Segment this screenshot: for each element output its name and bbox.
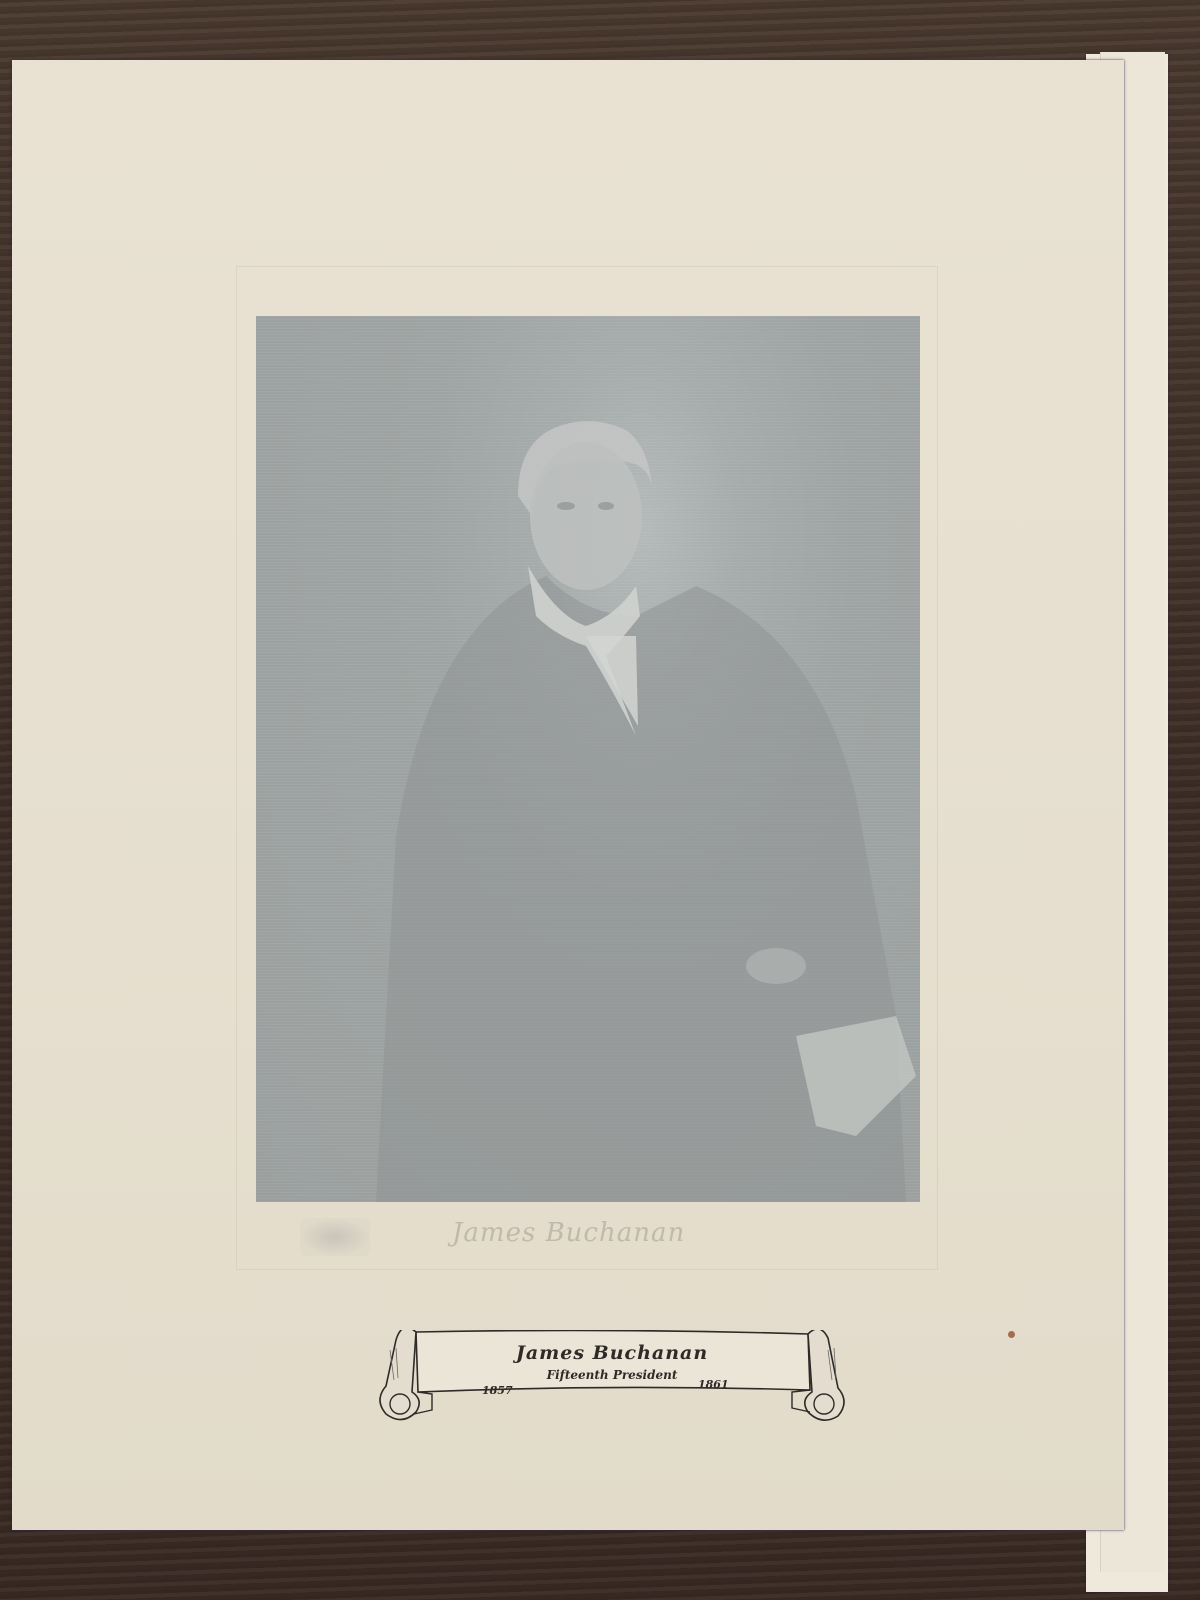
name-scroll-banner: James Buchanan Fifteenth President 1857 …: [372, 1330, 852, 1430]
banner-title: Fifteenth President: [372, 1368, 852, 1382]
portrait-figure-icon: [256, 316, 920, 1202]
banner-name: James Buchanan: [372, 1342, 852, 1364]
engraver-crest-icon: [300, 1218, 370, 1256]
banner-term-start: 1857: [482, 1384, 513, 1397]
paper-stain-spot: [1008, 1331, 1015, 1338]
banner-term-end: 1861: [698, 1378, 729, 1391]
portrait-signature: James Buchanan: [452, 1218, 752, 1258]
portrait-engraving: [256, 316, 920, 1202]
